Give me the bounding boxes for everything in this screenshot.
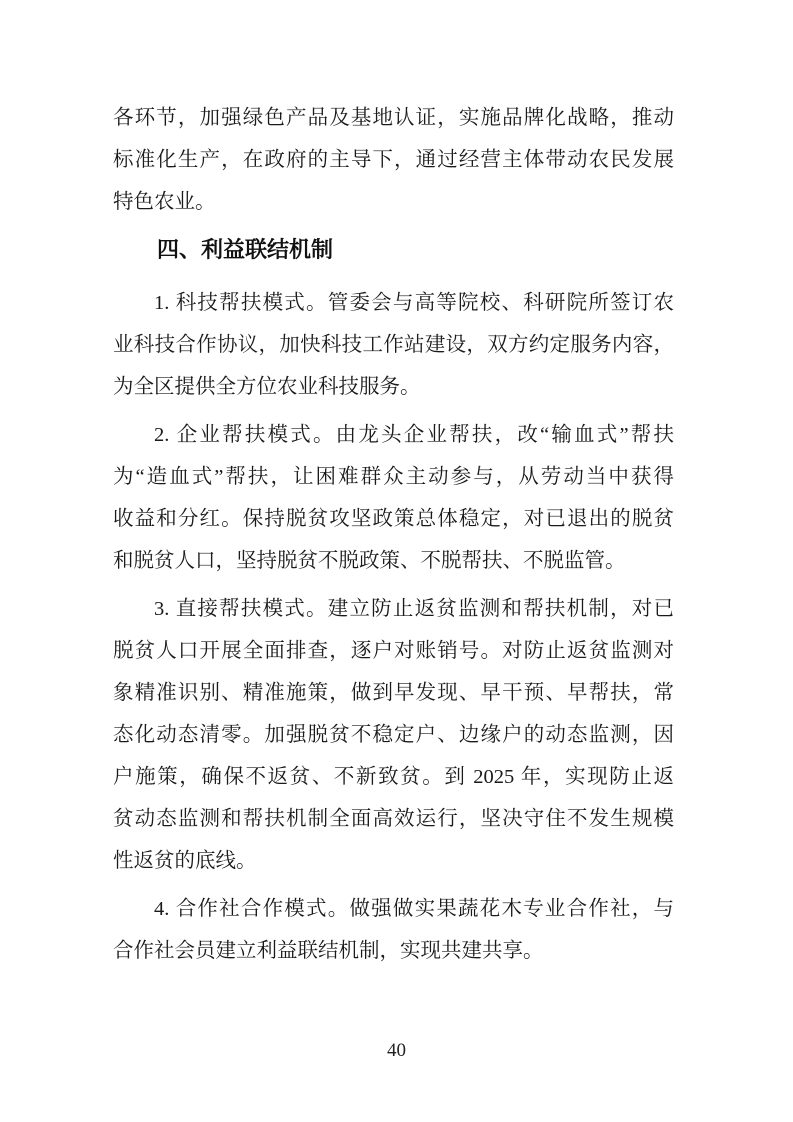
- document-page: 各环节，加强绿色产品及基地认证，实施品牌化战略，推动 标准化生产，在政府的主导下…: [0, 0, 793, 1122]
- page-number: 40: [0, 1040, 793, 1062]
- text-line: 3. 直接帮扶模式。建立防止返贫监测和帮扶机制，对已: [113, 588, 674, 630]
- text-line: 象精准识别、精准施策，做到早发现、早干预、早帮扶，常: [113, 672, 674, 714]
- text-line: 各环节，加强绿色产品及基地认证，实施品牌化战略，推动: [113, 97, 674, 139]
- text-line: 特色农业。: [113, 181, 674, 223]
- paragraph-direct-support-model: 3. 直接帮扶模式。建立防止返贫监测和帮扶机制，对已 脱贫人口开展全面排查，逐户…: [113, 588, 674, 882]
- text-line: 和脱贫人口，坚持脱贫不脱政策、不脱帮扶、不脱监管。: [113, 540, 674, 582]
- text-line: 脱贫人口开展全面排查，逐户对账销号。对防止返贫监测对: [113, 630, 674, 672]
- section-heading: 四、利益联结机制: [113, 229, 674, 271]
- paragraph-cooperative-model: 4. 合作社合作模式。做强做实果蔬花木专业合作社，与 合作社会员建立利益联结机制…: [113, 888, 674, 972]
- text-line: 态化动态清零。加强脱贫不稳定户、边缘户的动态监测，因: [113, 714, 674, 756]
- text-line: 户施策，确保不返贫、不新致贫。到 2025 年，实现防止返: [113, 756, 674, 798]
- paragraph-intro-continuation: 各环节，加强绿色产品及基地认证，实施品牌化战略，推动 标准化生产，在政府的主导下…: [113, 97, 674, 223]
- paragraph-tech-support-model: 1. 科技帮扶模式。管委会与高等院校、科研院所签订农 业科技合作协议，加快科技工…: [113, 282, 674, 408]
- page-text-content: 各环节，加强绿色产品及基地认证，实施品牌化战略，推动 标准化生产，在政府的主导下…: [113, 97, 674, 978]
- text-line: 业科技合作协议，加快科技工作站建设，双方约定服务内容，: [113, 324, 674, 366]
- paragraph-enterprise-support-model: 2. 企业帮扶模式。由龙头企业帮扶，改“输血式”帮扶 为“造血式”帮扶，让困难群…: [113, 414, 674, 582]
- text-line: 1. 科技帮扶模式。管委会与高等院校、科研院所签订农: [113, 282, 674, 324]
- text-line: 收益和分红。保持脱贫攻坚政策总体稳定，对已退出的脱贫: [113, 498, 674, 540]
- text-line: 贫动态监测和帮扶机制全面高效运行，坚决守住不发生规模: [113, 798, 674, 840]
- text-line: 为“造血式”帮扶，让困难群众主动参与，从劳动当中获得: [113, 456, 674, 498]
- text-line: 性返贫的底线。: [113, 840, 674, 882]
- text-line: 为全区提供全方位农业科技服务。: [113, 366, 674, 408]
- text-line: 4. 合作社合作模式。做强做实果蔬花木专业合作社，与: [113, 888, 674, 930]
- text-line: 2. 企业帮扶模式。由龙头企业帮扶，改“输血式”帮扶: [113, 414, 674, 456]
- text-line: 标准化生产，在政府的主导下，通过经营主体带动农民发展: [113, 139, 674, 181]
- text-line: 合作社会员建立利益联结机制，实现共建共享。: [113, 930, 674, 972]
